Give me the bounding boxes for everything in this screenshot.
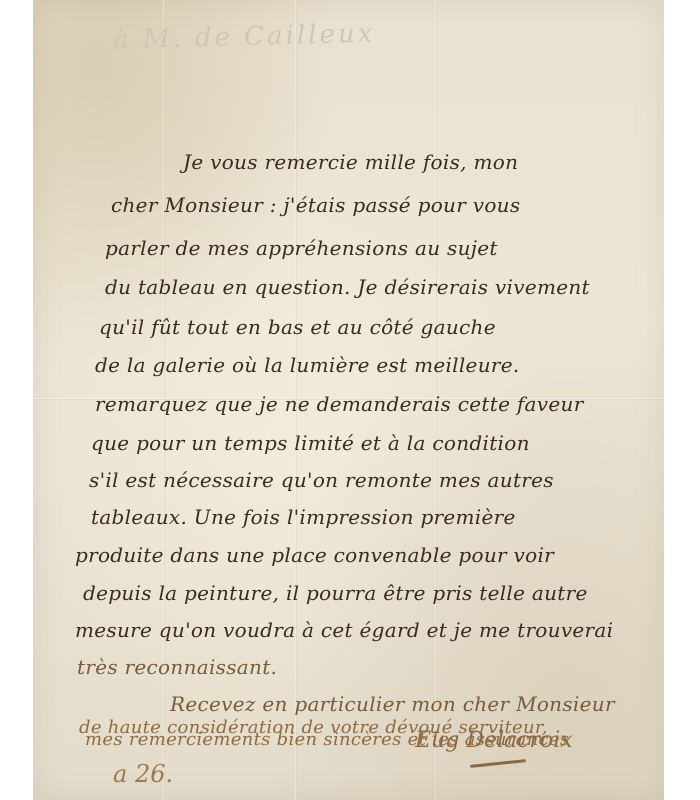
letter-line: du tableau en question. Je désirerais vi… bbox=[105, 275, 590, 299]
letter-line: s'il est nécessaire qu'on remonte mes au… bbox=[89, 468, 554, 492]
letter-line: Recevez en particulier mon cher Monsieur bbox=[170, 692, 615, 716]
letter-paper: à M. de Cailleux Je vous remercie mille … bbox=[33, 0, 664, 800]
letter-line: que pour un temps limité et à la conditi… bbox=[91, 431, 530, 455]
pencil-annotation: à M. de Cailleux bbox=[113, 19, 376, 56]
signature: Eug Delacroix bbox=[415, 728, 573, 753]
letter-line: mesure qu'on voudra à cet égard et je me… bbox=[75, 618, 613, 642]
letter-line: qu'il fût tout en bas et au côté gauche bbox=[99, 315, 496, 339]
letter-line: parler de mes appréhensions au sujet bbox=[105, 236, 498, 260]
letter-line: remarquez que je ne demanderais cette fa… bbox=[95, 392, 584, 416]
folio-mark: a 26. bbox=[113, 760, 173, 788]
letter-line: produite dans une place convenable pour … bbox=[75, 543, 554, 567]
letter-line: cher Monsieur : j'étais passé pour vous bbox=[111, 193, 520, 217]
letter-line: Je vous remercie mille fois, mon bbox=[183, 150, 518, 174]
letter-line: depuis la peinture, il pourra être pris … bbox=[83, 581, 588, 605]
letter-line: très reconnaissant. bbox=[77, 655, 277, 679]
letter-line: tableaux. Une fois l'impression première bbox=[91, 505, 516, 529]
letter-line: de la galerie où la lumière est meilleur… bbox=[95, 353, 520, 377]
